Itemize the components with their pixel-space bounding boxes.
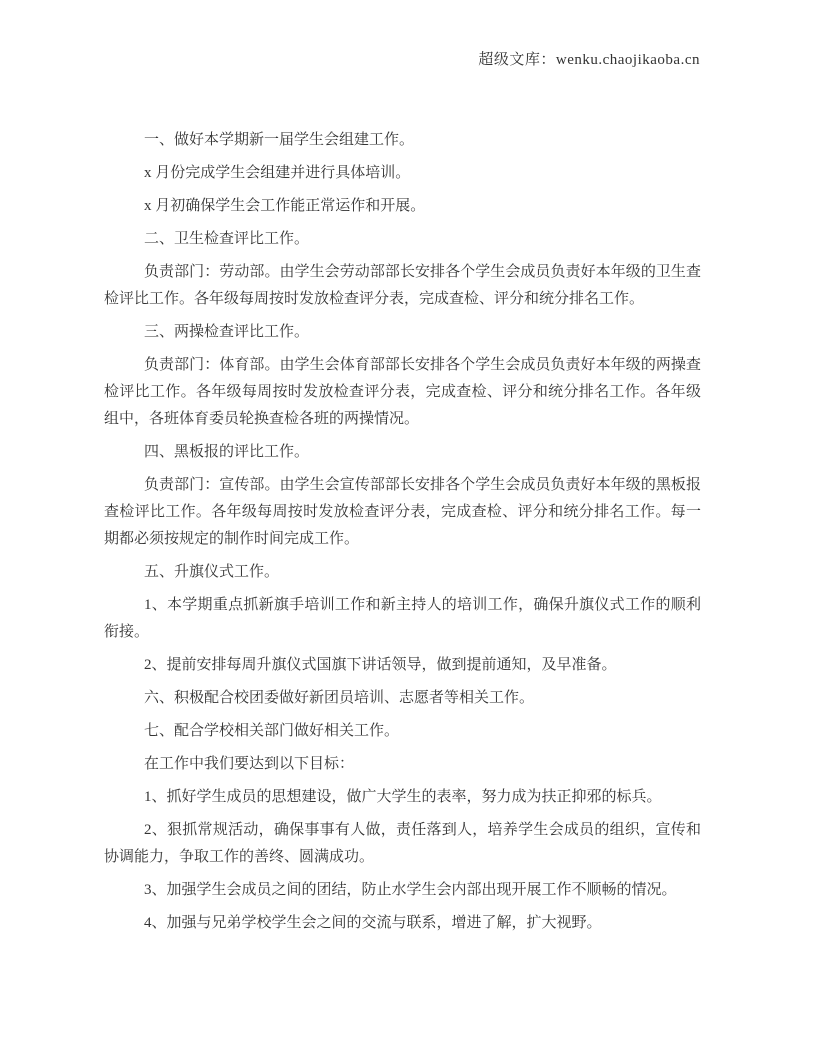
paragraph: 六、积极配合校团委做好新团员培训、志愿者等相关工作。 [104,685,701,712]
paragraph: 负责部门：宣传部。由学生会宣传部部长安排各个学生会成员负责好本年级的黑板报查检评… [104,472,701,553]
paragraph: 一、做好本学期新一届学生会组建工作。 [104,127,701,154]
paragraph: 七、配合学校相关部门做好相关工作。 [104,718,701,745]
paragraph: x 月初确保学生会工作能正常运作和开展。 [104,193,701,220]
paragraph: 3、加强学生会成员之间的团结，防止水学生会内部出现开展工作不顺畅的情况。 [104,877,701,904]
paragraph: 五、升旗仪式工作。 [104,559,701,586]
paragraph: 二、卫生检查评比工作。 [104,226,701,253]
paragraph: 在工作中我们要达到以下目标： [104,751,701,778]
page-header: 超级文库：wenku.chaojikaoba.cn [478,48,700,69]
paragraph: 三、两操检查评比工作。 [104,319,701,346]
paragraph: 2、狠抓常规活动，确保事事有人做，责任落到人，培养学生会成员的组织，宣传和协调能… [104,817,701,871]
paragraph: 4、加强与兄弟学校学生会之间的交流与联系，增进了解，扩大视野。 [104,910,701,937]
paragraph: 负责部门：劳动部。由学生会劳动部部长安排各个学生会成员负责好本年级的卫生查检评比… [104,259,701,313]
document-body: 一、做好本学期新一届学生会组建工作。 x 月份完成学生会组建并进行具体培训。 x… [104,127,701,943]
document-page: 超级文库：wenku.chaojikaoba.cn 一、做好本学期新一届学生会组… [0,0,816,1056]
paragraph: x 月份完成学生会组建并进行具体培训。 [104,160,701,187]
paragraph: 四、黑板报的评比工作。 [104,439,701,466]
site-watermark: 超级文库：wenku.chaojikaoba.cn [478,52,700,68]
paragraph: 2、提前安排每周升旗仪式国旗下讲话领导，做到提前通知，及早准备。 [104,652,701,679]
paragraph: 负责部门：体育部。由学生会体育部部长安排各个学生会成员负责好本年级的两操查检评比… [104,352,701,433]
paragraph: 1、抓好学生成员的思想建设，做广大学生的表率，努力成为扶正抑邪的标兵。 [104,784,701,811]
paragraph: 1、本学期重点抓新旗手培训工作和新主持人的培训工作，确保升旗仪式工作的顺利衔接。 [104,592,701,646]
